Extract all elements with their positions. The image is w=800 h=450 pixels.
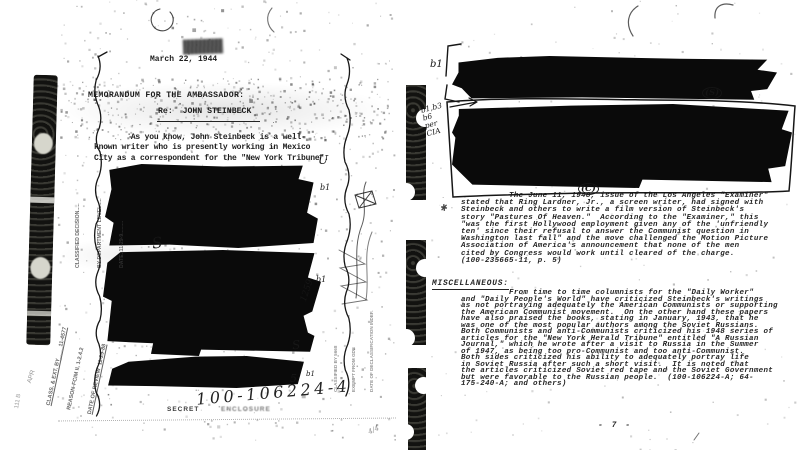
film-strip-notch (398, 424, 414, 440)
stamp-line: DATE..11-29-9......... (119, 146, 126, 268)
redaction-label-b1-upper: b1 (320, 183, 330, 192)
stamp-line: BY DEPARTMENT LEVEL..... (97, 146, 104, 268)
scan-artifact-line (58, 418, 396, 422)
annotation-arrow (450, 98, 477, 107)
stray-curve (628, 6, 638, 36)
enclosure-stamp: ENCLOSURE (221, 406, 271, 413)
noise-speckles (0, 0, 1, 1)
stamp-line: DATE OF DECLASSIFICATION INDEF. (369, 276, 375, 392)
stamp-line: CLASSIFIED DECISION..... (75, 146, 82, 268)
margin-mark-111b: 111 B (14, 393, 22, 409)
handwritten-u: U (318, 153, 328, 167)
miscellaneous-heading-wrap: MISCELLANEOUS: (432, 272, 509, 290)
redaction-block-right-1 (452, 56, 777, 102)
fold-hook-topright (341, 54, 350, 60)
paragraph-examiner: The June 11, 1948, issue of the Los Ange… (461, 193, 797, 265)
memo-re-line: Re: JOHN STEINBECK (158, 107, 251, 116)
classified-decision-stamp: CLASSIFIED DECISION..... BY DEPARTMENT L… (60, 146, 141, 268)
redaction-block-right-2 (452, 104, 792, 188)
stray-slash (694, 433, 699, 440)
handwritten-s-2: S (291, 338, 301, 353)
margin-scribble: ✱ (439, 203, 450, 215)
memo-heading: MEMORANDUM FOR THE AMBASSADOR: (88, 91, 244, 100)
secret-stamp: SECRET (167, 406, 199, 413)
classification-s-circled: (S) (702, 87, 722, 99)
redaction-label-b1-lower: b1 (306, 370, 315, 378)
fold-hook-topleft (98, 52, 107, 57)
paragraph-miscellaneous: From time to time columnists for the "Da… (461, 290, 797, 388)
declassification-stamp: CLASSIFIED BY 5668 EXEMPT FROM GDS DATE … (321, 276, 387, 392)
page-number: - 7 - (598, 421, 632, 430)
film-strip-notch (397, 329, 415, 347)
stray-curve (715, 4, 733, 18)
redaction-label-b1-right: b1 (430, 59, 443, 70)
stamp-line: EXEMPT FROM GDS (351, 276, 357, 392)
crossed-box-doodle (355, 191, 376, 208)
re-line-underline (157, 121, 260, 122)
page-mark-44: 4/4 (367, 424, 381, 436)
defaced-stamp (183, 38, 223, 54)
scanned-document: March 22, 1944 MEMORANDUM FOR THE AMBASS… (0, 0, 800, 450)
film-strip-notch (415, 377, 432, 394)
circle-doodle (151, 9, 173, 31)
memo-date: March 22, 1944 (150, 55, 217, 64)
squiggle-doodle (268, 8, 274, 32)
stamp-line: CLASSIFIED BY 5668 (333, 276, 339, 392)
film-strip-notch (397, 183, 415, 201)
